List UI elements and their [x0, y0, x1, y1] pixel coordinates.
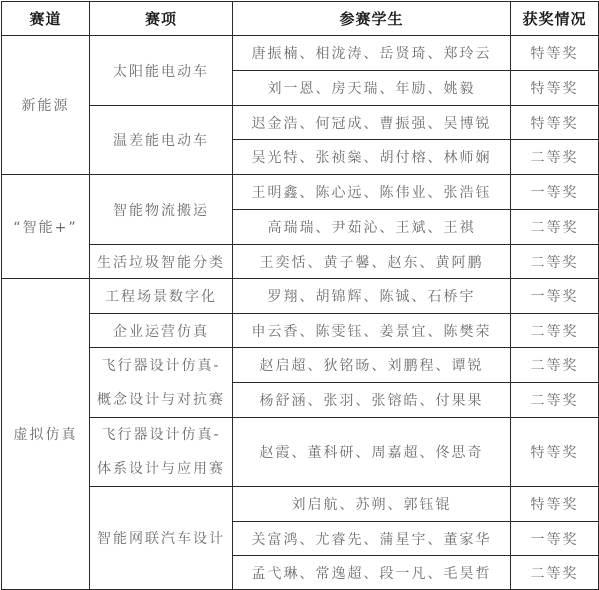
students-cell: 高瑞瑞、尹茹沁、王斌、王祺 — [233, 210, 511, 245]
students-cell: 迟金浩、何冠成、曹振强、吴博锐 — [233, 106, 511, 140]
table-row: “智能+” 智能物流搬运 王明鑫、陈心远、陈伟业、张浩钰 一等奖 — [2, 175, 599, 210]
award-cell: 特等奖 — [511, 487, 599, 522]
award-cell: 二等奖 — [511, 556, 599, 590]
table-row: 虚拟仿真 工程场景数字化 罗翔、胡锦辉、陈铖、石桥宇 一等奖 — [2, 279, 599, 314]
header-row: 赛道 赛项 参赛学生 获奖情况 — [2, 2, 599, 36]
students-cell: 关富鸿、尤睿先、蒲星宇、董家华 — [233, 522, 511, 556]
students-cell: 刘启航、苏朔、郭钰锟 — [233, 487, 511, 522]
track-new-energy: 新能源 — [2, 36, 90, 175]
event-garbage-sorting: 生活垃圾智能分类 — [90, 245, 233, 279]
award-cell: 二等奖 — [511, 348, 599, 383]
event-name-line2: 概念设计与对抗赛 — [90, 383, 232, 417]
track-smart-plus: “智能+” — [2, 175, 90, 279]
event-thermoelectric-car: 温差能电动车 — [90, 106, 233, 175]
event-aircraft-concept-design: 飞行器设计仿真- 概念设计与对抗赛 — [90, 348, 233, 418]
award-cell: 特等奖 — [511, 418, 599, 487]
event-name-line2: 体系设计与应用赛 — [90, 452, 232, 486]
table-row: 飞行器设计仿真- 体系设计与应用赛 赵霞、董科研、周嘉超、佟思奇 特等奖 — [2, 418, 599, 487]
event-enterprise-simulation: 企业运营仿真 — [90, 314, 233, 348]
event-solar-car: 太阳能电动车 — [90, 36, 233, 106]
award-cell: 一等奖 — [511, 175, 599, 210]
header-award: 获奖情况 — [511, 2, 599, 36]
award-cell: 二等奖 — [511, 210, 599, 245]
table-row: 温差能电动车 迟金浩、何冠成、曹振强、吴博锐 特等奖 — [2, 106, 599, 140]
students-cell: 申云香、陈雯钰、姜景宜、陈樊荣 — [233, 314, 511, 348]
students-cell: 赵霞、董科研、周嘉超、佟思奇 — [233, 418, 511, 487]
students-cell: 赵启超、狄铭旸、刘鹏程、谭锐 — [233, 348, 511, 383]
track-virtual-simulation: 虚拟仿真 — [2, 279, 90, 590]
table-row: 企业运营仿真 申云香、陈雯钰、姜景宜、陈樊荣 二等奖 — [2, 314, 599, 348]
award-cell: 一等奖 — [511, 522, 599, 556]
table-row: 新能源 太阳能电动车 唐振楠、相泷涛、岳贤琦、郑玲云 特等奖 — [2, 36, 599, 71]
students-cell: 王明鑫、陈心远、陈伟业、张浩钰 — [233, 175, 511, 210]
event-engineering-digitization: 工程场景数字化 — [90, 279, 233, 314]
students-cell: 唐振楠、相泷涛、岳贤琦、郑玲云 — [233, 36, 511, 71]
award-cell: 二等奖 — [511, 383, 599, 418]
awards-table: 赛道 赛项 参赛学生 获奖情况 新能源 太阳能电动车 唐振楠、相泷涛、岳贤琦、郑… — [1, 1, 599, 590]
event-name-line1: 飞行器设计仿真- — [90, 418, 232, 452]
award-cell: 二等奖 — [511, 314, 599, 348]
header-students: 参赛学生 — [233, 2, 511, 36]
header-event: 赛项 — [90, 2, 233, 36]
students-cell: 罗翔、胡锦辉、陈铖、石桥宇 — [233, 279, 511, 314]
table-row: 飞行器设计仿真- 概念设计与对抗赛 赵启超、狄铭旸、刘鹏程、谭锐 二等奖 — [2, 348, 599, 383]
students-cell: 刘一恩、房天瑞、年励、姚毅 — [233, 71, 511, 106]
award-cell: 二等奖 — [511, 245, 599, 279]
table-row: 生活垃圾智能分类 王奕恬、黄子馨、赵东、黄阿鹏 二等奖 — [2, 245, 599, 279]
event-connected-car-design: 智能网联汽车设计 — [90, 487, 233, 590]
students-cell: 孟弋琳、常逸超、段一凡、毛昊哲 — [233, 556, 511, 590]
table-row: 智能网联汽车设计 刘启航、苏朔、郭钰锟 特等奖 — [2, 487, 599, 522]
students-cell: 王奕恬、黄子馨、赵东、黄阿鹏 — [233, 245, 511, 279]
award-cell: 二等奖 — [511, 140, 599, 175]
students-cell: 吴光特、张祯橤、胡付榕、林师娴 — [233, 140, 511, 175]
event-aircraft-system-design: 飞行器设计仿真- 体系设计与应用赛 — [90, 418, 233, 487]
header-track: 赛道 — [2, 2, 90, 36]
event-name-line1: 飞行器设计仿真- — [90, 349, 232, 383]
award-cell: 特等奖 — [511, 71, 599, 106]
award-cell: 一等奖 — [511, 279, 599, 314]
award-cell: 特等奖 — [511, 36, 599, 71]
award-cell: 特等奖 — [511, 106, 599, 140]
event-smart-logistics: 智能物流搬运 — [90, 175, 233, 245]
students-cell: 杨舒涵、张羽、张镕皓、付果果 — [233, 383, 511, 418]
